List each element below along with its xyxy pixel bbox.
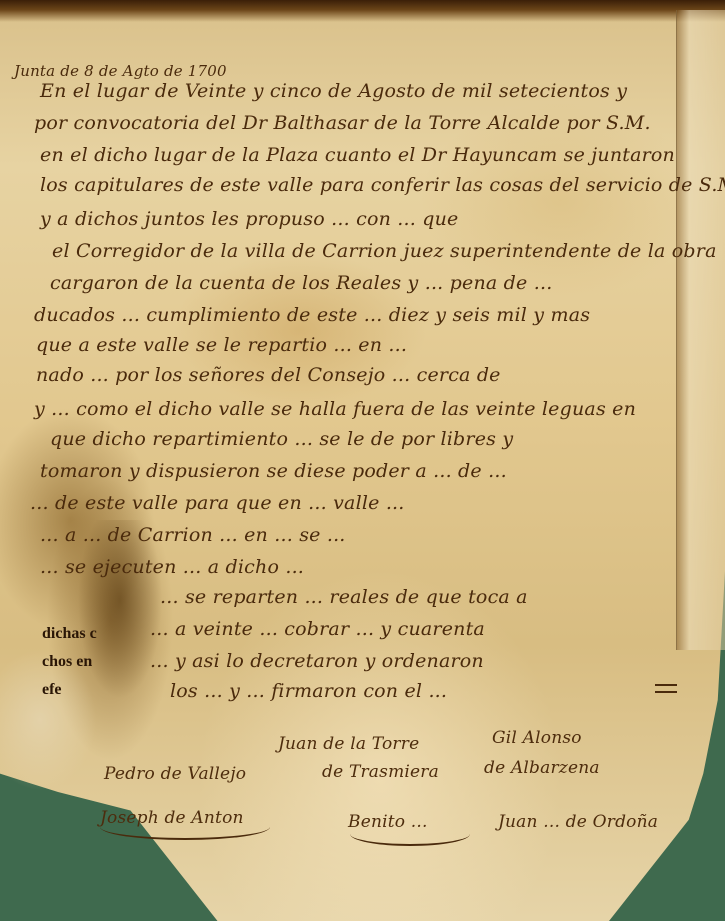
manuscript-line: ... a ... de Carrion ... en ... se ... (40, 524, 346, 546)
signature: Juan ... de Ordoña (498, 812, 658, 832)
manuscript-line: En el lugar de Veinte y cinco de Agosto … (40, 80, 627, 102)
manuscript-line: que a este valle se le repartio ... en .… (36, 334, 407, 356)
manuscript-line: y ... como el dicho valle se halla fuera… (34, 398, 636, 420)
manuscript-line: los capitulares de este valle para confe… (40, 174, 725, 196)
manuscript-line: por convocatoria del Dr Balthasar de la … (34, 112, 651, 134)
signature: de Trasmiera (322, 762, 439, 782)
signature: de Albarzena (484, 758, 600, 778)
manuscript-line: los ... y ... firmaron con el ... (170, 680, 447, 702)
folded-right-edge (676, 10, 725, 650)
manuscript-line: nado ... por los señores del Consejo ...… (36, 364, 501, 386)
manuscript-line: ... de este valle para que en ... valle … (30, 492, 405, 514)
manuscript-line: cargaron de la cuenta de los Reales y ..… (50, 272, 552, 294)
manuscript-line: ... se reparten ... reales de que toca a (160, 586, 528, 608)
margin-text: dichas c (42, 620, 97, 648)
manuscript-line: que dicho repartimiento ... se le de por… (50, 428, 513, 450)
manuscript-line: en el dicho lugar de la Plaza cuanto el … (40, 144, 675, 166)
signature: Juan de la Torre (278, 734, 419, 754)
heading-note: Junta de 8 de Agto de 1700 (14, 62, 227, 80)
margin-text: chos en (42, 648, 97, 676)
manuscript-line: ... y asi lo decretaron y ordenaron (150, 650, 484, 672)
manuscript-line: ducados ... cumplimiento de este ... die… (34, 304, 590, 326)
manuscript-line: el Corregidor de la villa de Carrion jue… (52, 240, 717, 262)
manuscript-line: ... se ejecuten ... a dicho ... (40, 556, 304, 578)
signature: Gil Alonso (492, 728, 582, 748)
signature-flourish (350, 822, 470, 846)
manuscript-line: tomaron y dispusieron se diese poder a .… (40, 460, 507, 482)
closing-mark (655, 691, 677, 693)
margin-text: efe (42, 676, 97, 704)
printed-margin-fragment: dichas c chos en efe (42, 620, 97, 704)
closing-mark (655, 684, 677, 686)
manuscript-line: ... a veinte ... cobrar ... y cuarenta (150, 618, 485, 640)
manuscript-line: y a dichos juntos les propuso ... con ..… (40, 208, 458, 230)
signature: Pedro de Vallejo (104, 764, 246, 784)
signature-flourish (100, 814, 270, 840)
burnt-top-edge (0, 0, 725, 22)
